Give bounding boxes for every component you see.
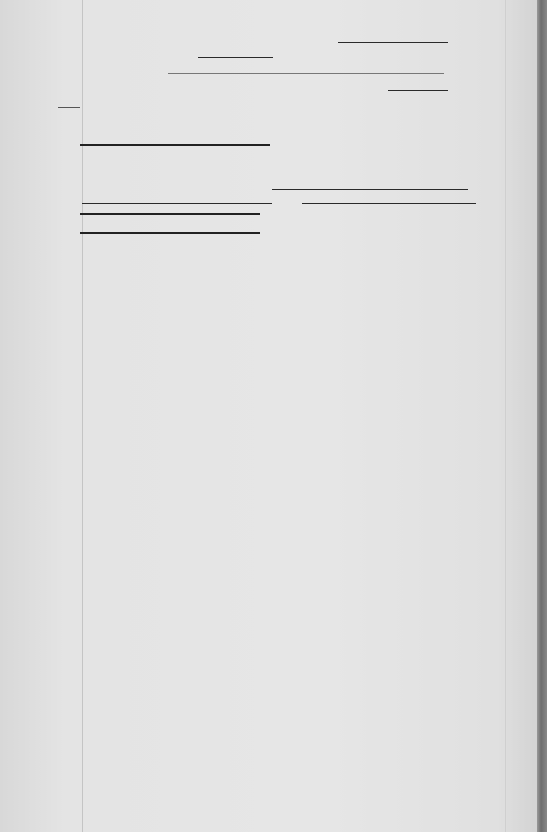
page-binding-edge xyxy=(537,0,547,832)
fill-line xyxy=(168,73,444,74)
groom-underline xyxy=(80,144,270,146)
bride-underline xyxy=(80,232,260,234)
fill-line xyxy=(388,90,448,91)
fill-line xyxy=(198,57,273,58)
right-margin-rule xyxy=(505,0,506,832)
fill-line xyxy=(272,189,468,190)
fill-line xyxy=(302,203,476,204)
fill-line xyxy=(82,203,272,204)
left-margin-rule xyxy=(82,0,83,832)
fill-line xyxy=(338,42,448,43)
bride-overline xyxy=(80,213,260,215)
number-line xyxy=(58,107,80,108)
document-page xyxy=(0,0,540,832)
